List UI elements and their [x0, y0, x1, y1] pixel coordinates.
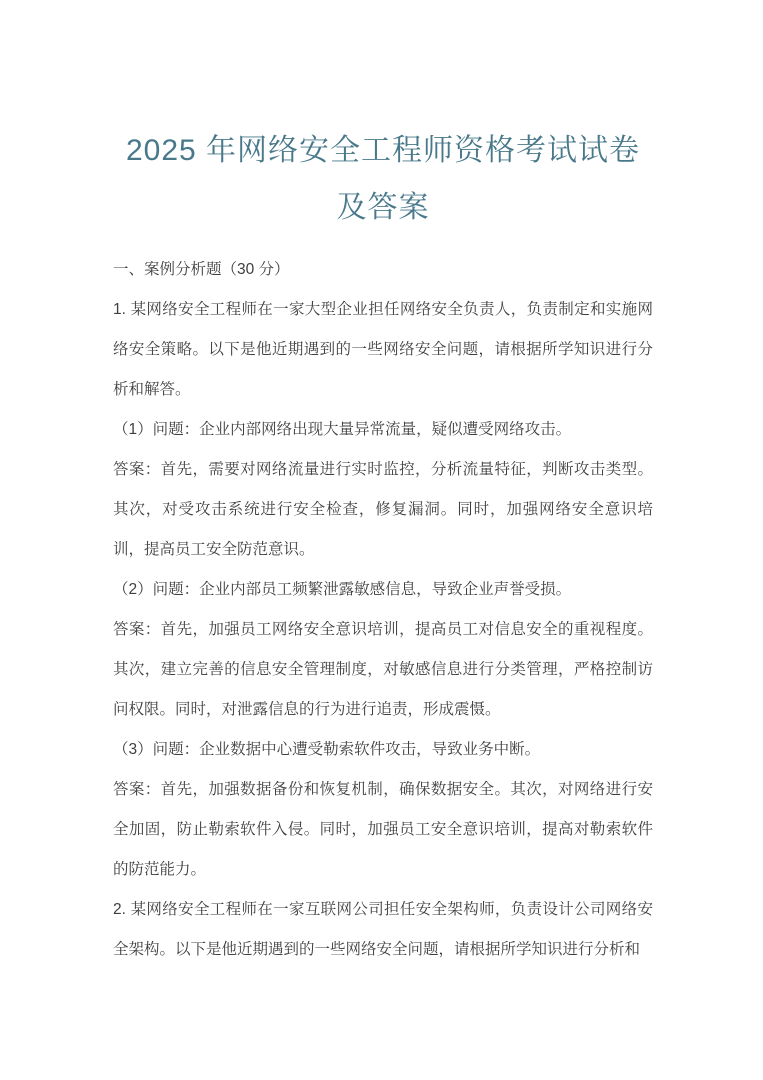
text-line: 析和解答。: [113, 370, 653, 410]
paragraph-case-question: 2. 某网络安全工程师在一家互联网公司担任安全架构师，负责设计公司网络安全架构。…: [113, 890, 653, 970]
section-heading: 一、案例分析题（30 分）: [113, 250, 653, 290]
text-line: 络安全策略。以下是他近期遇到的一些网络安全问题，请根据所学知识进行分: [113, 330, 653, 370]
document-title: 2025 年网络安全工程师资格考试试卷 及答案: [113, 122, 653, 236]
document-content: 2025 年网络安全工程师资格考试试卷 及答案 一、案例分析题（30 分） 1.…: [113, 0, 653, 970]
paragraph-answer: 答案：首先，需要对网络流量进行实时监控，分析流量特征，判断攻击类型。其次，对受攻…: [113, 450, 653, 570]
text-line: 答案：首先，加强数据备份和恢复机制，确保数据安全。其次，对网络进行安: [113, 770, 653, 810]
text-line: 训，提高员工安全防范意识。: [113, 530, 653, 570]
paragraph-sub-question: （3）问题：企业数据中心遭受勒索软件攻击，导致业务中断。: [113, 730, 653, 770]
text-line: 1. 某网络安全工程师在一家大型企业担任网络安全负责人，负责制定和实施网: [113, 290, 653, 330]
paragraph-list: 1. 某网络安全工程师在一家大型企业担任网络安全负责人，负责制定和实施网络安全策…: [113, 290, 653, 970]
paragraph-sub-question: （2）问题：企业内部员工频繁泄露敏感信息，导致企业声誉受损。: [113, 570, 653, 610]
paragraph-case-question: 1. 某网络安全工程师在一家大型企业担任网络安全负责人，负责制定和实施网络安全策…: [113, 290, 653, 410]
document-title-line-1: 2025 年网络安全工程师资格考试试卷: [113, 122, 653, 179]
text-line: 其次，对受攻击系统进行安全检查，修复漏洞。同时，加强网络安全意识培: [113, 490, 653, 530]
document-page: 2025 年网络安全工程师资格考试试卷 及答案 一、案例分析题（30 分） 1.…: [0, 0, 763, 1080]
text-line: 2. 某网络安全工程师在一家互联网公司担任安全架构师，负责设计公司网络安: [113, 890, 653, 930]
text-line: 其次，建立完善的信息安全管理制度，对敏感信息进行分类管理，严格控制访: [113, 650, 653, 690]
text-line: 全架构。以下是他近期遇到的一些网络安全问题，请根据所学知识进行分析和: [113, 930, 653, 970]
text-line: （1）问题：企业内部网络出现大量异常流量，疑似遭受网络攻击。: [113, 410, 653, 450]
text-line: 问权限。同时，对泄露信息的行为进行追责，形成震慑。: [113, 690, 653, 730]
text-line: （2）问题：企业内部员工频繁泄露敏感信息，导致企业声誉受损。: [113, 570, 653, 610]
paragraph-sub-question: （1）问题：企业内部网络出现大量异常流量，疑似遭受网络攻击。: [113, 410, 653, 450]
text-line: （3）问题：企业数据中心遭受勒索软件攻击，导致业务中断。: [113, 730, 653, 770]
text-line: 答案：首先，加强员工网络安全意识培训，提高员工对信息安全的重视程度。: [113, 610, 653, 650]
text-line: 的防范能力。: [113, 850, 653, 890]
text-line: 全加固，防止勒索软件入侵。同时，加强员工安全意识培训，提高对勒索软件: [113, 810, 653, 850]
text-line: 答案：首先，需要对网络流量进行实时监控，分析流量特征，判断攻击类型。: [113, 450, 653, 490]
document-title-line-2: 及答案: [113, 179, 653, 236]
paragraph-answer: 答案：首先，加强数据备份和恢复机制，确保数据安全。其次，对网络进行安全加固，防止…: [113, 770, 653, 890]
paragraph-answer: 答案：首先，加强员工网络安全意识培训，提高员工对信息安全的重视程度。其次，建立完…: [113, 610, 653, 730]
